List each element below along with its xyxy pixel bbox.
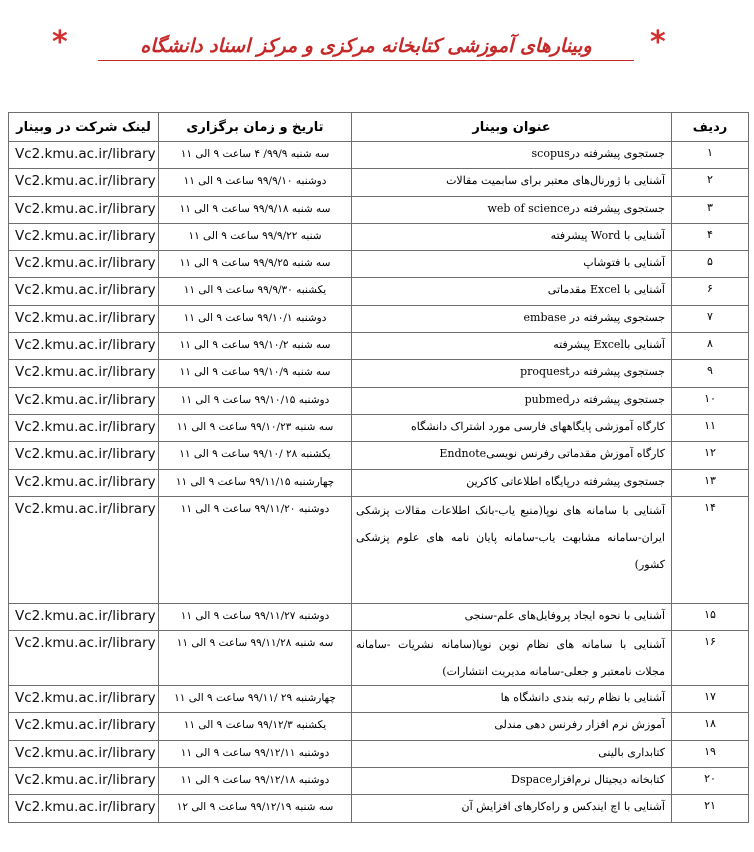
webinar-datetime: سه شنبه ۹۹/۱۰/۲ ساعت ۹ الی ۱۱ xyxy=(159,333,352,360)
row-number: ۲۰ xyxy=(672,768,749,795)
table-row: ۱۰جستجوی پیشرفته درpubmedدوشنبه ۹۹/۱۰/۱۵… xyxy=(9,387,749,414)
table-row: ۱۳جستجوی پیشرفته درپایگاه اطلاعاتی کاکری… xyxy=(9,469,749,496)
webinar-title: آشنایی باExcel پیشرفته xyxy=(352,333,672,360)
row-number: ۳ xyxy=(672,196,749,223)
webinar-title: آشنایی با اچ ایندکس و راه‌کارهای افزایش … xyxy=(352,795,672,822)
webinar-datetime: دوشنبه ۹۹/۹/۱۰ ساعت ۹ الی ۱۱ xyxy=(159,169,352,196)
webinar-title: جستجوی پیشرفته درweb of science xyxy=(352,196,672,223)
webinar-datetime: سه شنبه ۹۹/۹/۲۵ ساعت ۹ الی ۱۱ xyxy=(159,251,352,278)
webinar-title: آشنایی با سامانه های نوپا(منبع یاب-بانک … xyxy=(352,496,672,603)
column-header-datetime: تاریخ و زمان برگزاری xyxy=(159,113,352,142)
webinar-datetime: یکشنبه ۹۹/۹/۳۰ ساعت ۹ الی ۱۱ xyxy=(159,278,352,305)
row-number: ۸ xyxy=(672,333,749,360)
webinar-title: کارگاه آموزشی پایگاههای فارسی مورد اشترا… xyxy=(352,414,672,441)
webinar-title: آشنایی با نظام رتبه بندی دانشگاه ها xyxy=(352,686,672,713)
table-row: ۱۶آشنایی با سامانه های نظام نوین نوپا(سا… xyxy=(9,631,749,686)
webinar-link[interactable]: Vc2.kmu.ac.ir/library xyxy=(9,333,159,360)
table-row: ۲۱آشنایی با اچ ایندکس و راه‌کارهای افزای… xyxy=(9,795,749,822)
row-number: ۹ xyxy=(672,360,749,387)
webinar-datetime: سه شنبه ۹۹/۱۱/۲۸ ساعت ۹ الی ۱۱ xyxy=(159,631,352,686)
webinar-link[interactable]: Vc2.kmu.ac.ir/library xyxy=(9,387,159,414)
webinar-datetime: دوشنبه ۹۹/۱۰/۱ ساعت ۹ الی ۱۱ xyxy=(159,305,352,332)
webinar-link[interactable]: Vc2.kmu.ac.ir/library xyxy=(9,686,159,713)
table-row: ۱۴آشنایی با سامانه های نوپا(منبع یاب-بان… xyxy=(9,496,749,603)
row-number: ۱۰ xyxy=(672,387,749,414)
webinar-title: آموزش نرم افزار رفرنس دهی مندلی xyxy=(352,713,672,740)
row-number: ۱۳ xyxy=(672,469,749,496)
webinar-link[interactable]: Vc2.kmu.ac.ir/library xyxy=(9,305,159,332)
webinar-link[interactable]: Vc2.kmu.ac.ir/library xyxy=(9,795,159,822)
webinar-datetime: دوشنبه ۹۹/۱۱/۲۷ ساعت ۹ الی ۱۱ xyxy=(159,603,352,630)
webinar-link[interactable]: Vc2.kmu.ac.ir/library xyxy=(9,713,159,740)
page-title: وبینارهای آموزشی کتابخانه مرکزی و مرکز ا… xyxy=(98,34,634,61)
row-number: ۷ xyxy=(672,305,749,332)
star-icon: * xyxy=(650,28,666,58)
webinar-title: آشنایی با فتوشاپ xyxy=(352,251,672,278)
row-number: ۲۱ xyxy=(672,795,749,822)
row-number: ۲ xyxy=(672,169,749,196)
webinar-datetime: یکشنبه ۹۹/۱۲/۳ ساعت ۹ الی ۱۱ xyxy=(159,713,352,740)
webinar-datetime: سه شنبه ۹۹/۹/ ۴ ساعت ۹ الی ۱۱ xyxy=(159,142,352,169)
webinar-title: جستجوی پیشرفته درproquest xyxy=(352,360,672,387)
webinar-title: کارگاه آموزش مقدماتی رفرنس نویسیEndnote xyxy=(352,442,672,469)
row-number: ۴ xyxy=(672,223,749,250)
webinar-link[interactable]: Vc2.kmu.ac.ir/library xyxy=(9,496,159,603)
table-row: ۸آشنایی باExcel پیشرفتهسه شنبه ۹۹/۱۰/۲ س… xyxy=(9,333,749,360)
webinar-link[interactable]: Vc2.kmu.ac.ir/library xyxy=(9,740,159,767)
webinar-link[interactable]: Vc2.kmu.ac.ir/library xyxy=(9,414,159,441)
row-number: ۱۷ xyxy=(672,686,749,713)
webinar-datetime: سه شنبه ۹۹/۹/۱۸ ساعت ۹ الی ۱۱ xyxy=(159,196,352,223)
webinar-title: جستجوی پیشرفته در embase xyxy=(352,305,672,332)
webinar-datetime: چهارشنبه ۹۹/۱۱/۱۵ ساعت ۹ الی ۱۱ xyxy=(159,469,352,496)
star-icon: * xyxy=(52,28,68,58)
webinar-datetime: شنبه ۹۹/۹/۲۲ ساعت ۹ الی ۱۱ xyxy=(159,223,352,250)
table-row: ۷جستجوی پیشرفته در embaseدوشنبه ۹۹/۱۰/۱ … xyxy=(9,305,749,332)
webinar-title: آشنایی با نحوه ایجاد پروفایل‌های علم-سنج… xyxy=(352,603,672,630)
webinar-title: جستجوی پیشرفته درپایگاه اطلاعاتی کاکرین xyxy=(352,469,672,496)
row-number: ۱۲ xyxy=(672,442,749,469)
webinar-datetime: سه شنبه ۹۹/۱۲/۱۹ ساعت ۹ الی ۱۲ xyxy=(159,795,352,822)
column-header-title: عنوان وبینار xyxy=(352,113,672,142)
webinar-link[interactable]: Vc2.kmu.ac.ir/library xyxy=(9,223,159,250)
webinar-link[interactable]: Vc2.kmu.ac.ir/library xyxy=(9,469,159,496)
webinar-link[interactable]: Vc2.kmu.ac.ir/library xyxy=(9,360,159,387)
webinar-link[interactable]: Vc2.kmu.ac.ir/library xyxy=(9,142,159,169)
row-number: ۱۴ xyxy=(672,496,749,603)
table-row: ۱۱کارگاه آموزشی پایگاههای فارسی مورد اشت… xyxy=(9,414,749,441)
row-number: ۱ xyxy=(672,142,749,169)
row-number: ۱۸ xyxy=(672,713,749,740)
webinar-link[interactable]: Vc2.kmu.ac.ir/library xyxy=(9,278,159,305)
table-row: ۲آشنایی با ژورنال‌های معتبر برای سابمیت … xyxy=(9,169,749,196)
webinar-link[interactable]: Vc2.kmu.ac.ir/library xyxy=(9,251,159,278)
table-row: ۱۹کتابداری بالینیدوشنبه ۹۹/۱۲/۱۱ ساعت ۹ … xyxy=(9,740,749,767)
webinar-datetime: یکشنبه ۲۸ /۹۹/۱۰ ساعت ۹ الی ۱۱ xyxy=(159,442,352,469)
table-row: ۵آشنایی با فتوشاپسه شنبه ۹۹/۹/۲۵ ساعت ۹ … xyxy=(9,251,749,278)
table-row: ۹جستجوی پیشرفته درproquestسه شنبه ۹۹/۱۰/… xyxy=(9,360,749,387)
webinar-title: کتابخانه دیجیتال نرم‌افزارDspace xyxy=(352,768,672,795)
table-row: ۶آشنایی با Excel مقدماتییکشنبه ۹۹/۹/۳۰ س… xyxy=(9,278,749,305)
table-row: ۲۰کتابخانه دیجیتال نرم‌افزارDspaceدوشنبه… xyxy=(9,768,749,795)
table-row: ۱۵آشنایی با نحوه ایجاد پروفایل‌های علم-س… xyxy=(9,603,749,630)
webinar-link[interactable]: Vc2.kmu.ac.ir/library xyxy=(9,442,159,469)
table-row: ۱۷آشنایی با نظام رتبه بندی دانشگاه هاچها… xyxy=(9,686,749,713)
webinar-datetime: چهارشنبه ۲۹ /۹۹/۱۱ ساعت ۹ الی ۱۱ xyxy=(159,686,352,713)
webinar-datetime: سه شنبه ۹۹/۱۰/۲۳ ساعت ۹ الی ۱۱ xyxy=(159,414,352,441)
table-row: ۱۸آموزش نرم افزار رفرنس دهی مندلییکشنبه … xyxy=(9,713,749,740)
webinar-title: جستجوی پیشرفته درscopus xyxy=(352,142,672,169)
webinar-title: کتابداری بالینی xyxy=(352,740,672,767)
webinar-title: جستجوی پیشرفته درpubmed xyxy=(352,387,672,414)
row-number: ۱۹ xyxy=(672,740,749,767)
webinar-datetime: دوشنبه ۹۹/۱۲/۱۸ ساعت ۹ الی ۱۱ xyxy=(159,768,352,795)
webinar-link[interactable]: Vc2.kmu.ac.ir/library xyxy=(9,768,159,795)
table-header-row: ردیف عنوان وبینار تاریخ و زمان برگزاری ل… xyxy=(9,113,749,142)
row-number: ۱۵ xyxy=(672,603,749,630)
webinar-link[interactable]: Vc2.kmu.ac.ir/library xyxy=(9,196,159,223)
table-row: ۳جستجوی پیشرفته درweb of scienceسه شنبه … xyxy=(9,196,749,223)
table-row: ۱جستجوی پیشرفته درscopusسه شنبه ۹۹/۹/ ۴ … xyxy=(9,142,749,169)
table-row: ۱۲کارگاه آموزش مقدماتی رفرنس نویسیEndnot… xyxy=(9,442,749,469)
table-row: ۴آشنایی با Word پیشرفتهشنبه ۹۹/۹/۲۲ ساعت… xyxy=(9,223,749,250)
webinar-datetime: سه شنبه ۹۹/۱۰/۹ ساعت ۹ الی ۱۱ xyxy=(159,360,352,387)
webinar-link[interactable]: Vc2.kmu.ac.ir/library xyxy=(9,603,159,630)
webinar-datetime: دوشنبه ۹۹/۱۲/۱۱ ساعت ۹ الی ۱۱ xyxy=(159,740,352,767)
webinar-title: آشنایی با Excel مقدماتی xyxy=(352,278,672,305)
webinar-datetime: دوشنبه ۹۹/۱۱/۲۰ ساعت ۹ الی ۱۱ xyxy=(159,496,352,603)
row-number: ۶ xyxy=(672,278,749,305)
page-header: * وبینارهای آموزشی کتابخانه مرکزی و مرکز… xyxy=(0,28,754,68)
webinar-link[interactable]: Vc2.kmu.ac.ir/library xyxy=(9,631,159,686)
column-header-link: لینک شرکت در وبینار xyxy=(9,113,159,142)
webinar-title: آشنایی با Word پیشرفته xyxy=(352,223,672,250)
row-number: ۱۶ xyxy=(672,631,749,686)
webinar-schedule-table: ردیف عنوان وبینار تاریخ و زمان برگزاری ل… xyxy=(8,112,749,823)
row-number: ۱۱ xyxy=(672,414,749,441)
webinar-link[interactable]: Vc2.kmu.ac.ir/library xyxy=(9,169,159,196)
row-number: ۵ xyxy=(672,251,749,278)
webinar-datetime: دوشنبه ۹۹/۱۰/۱۵ ساعت ۹ الی ۱۱ xyxy=(159,387,352,414)
webinar-title: آشنایی با سامانه های نظام نوین نوپا(ساما… xyxy=(352,631,672,686)
webinar-title: آشنایی با ژورنال‌های معتبر برای سابمیت م… xyxy=(352,169,672,196)
column-header-row-no: ردیف xyxy=(672,113,749,142)
